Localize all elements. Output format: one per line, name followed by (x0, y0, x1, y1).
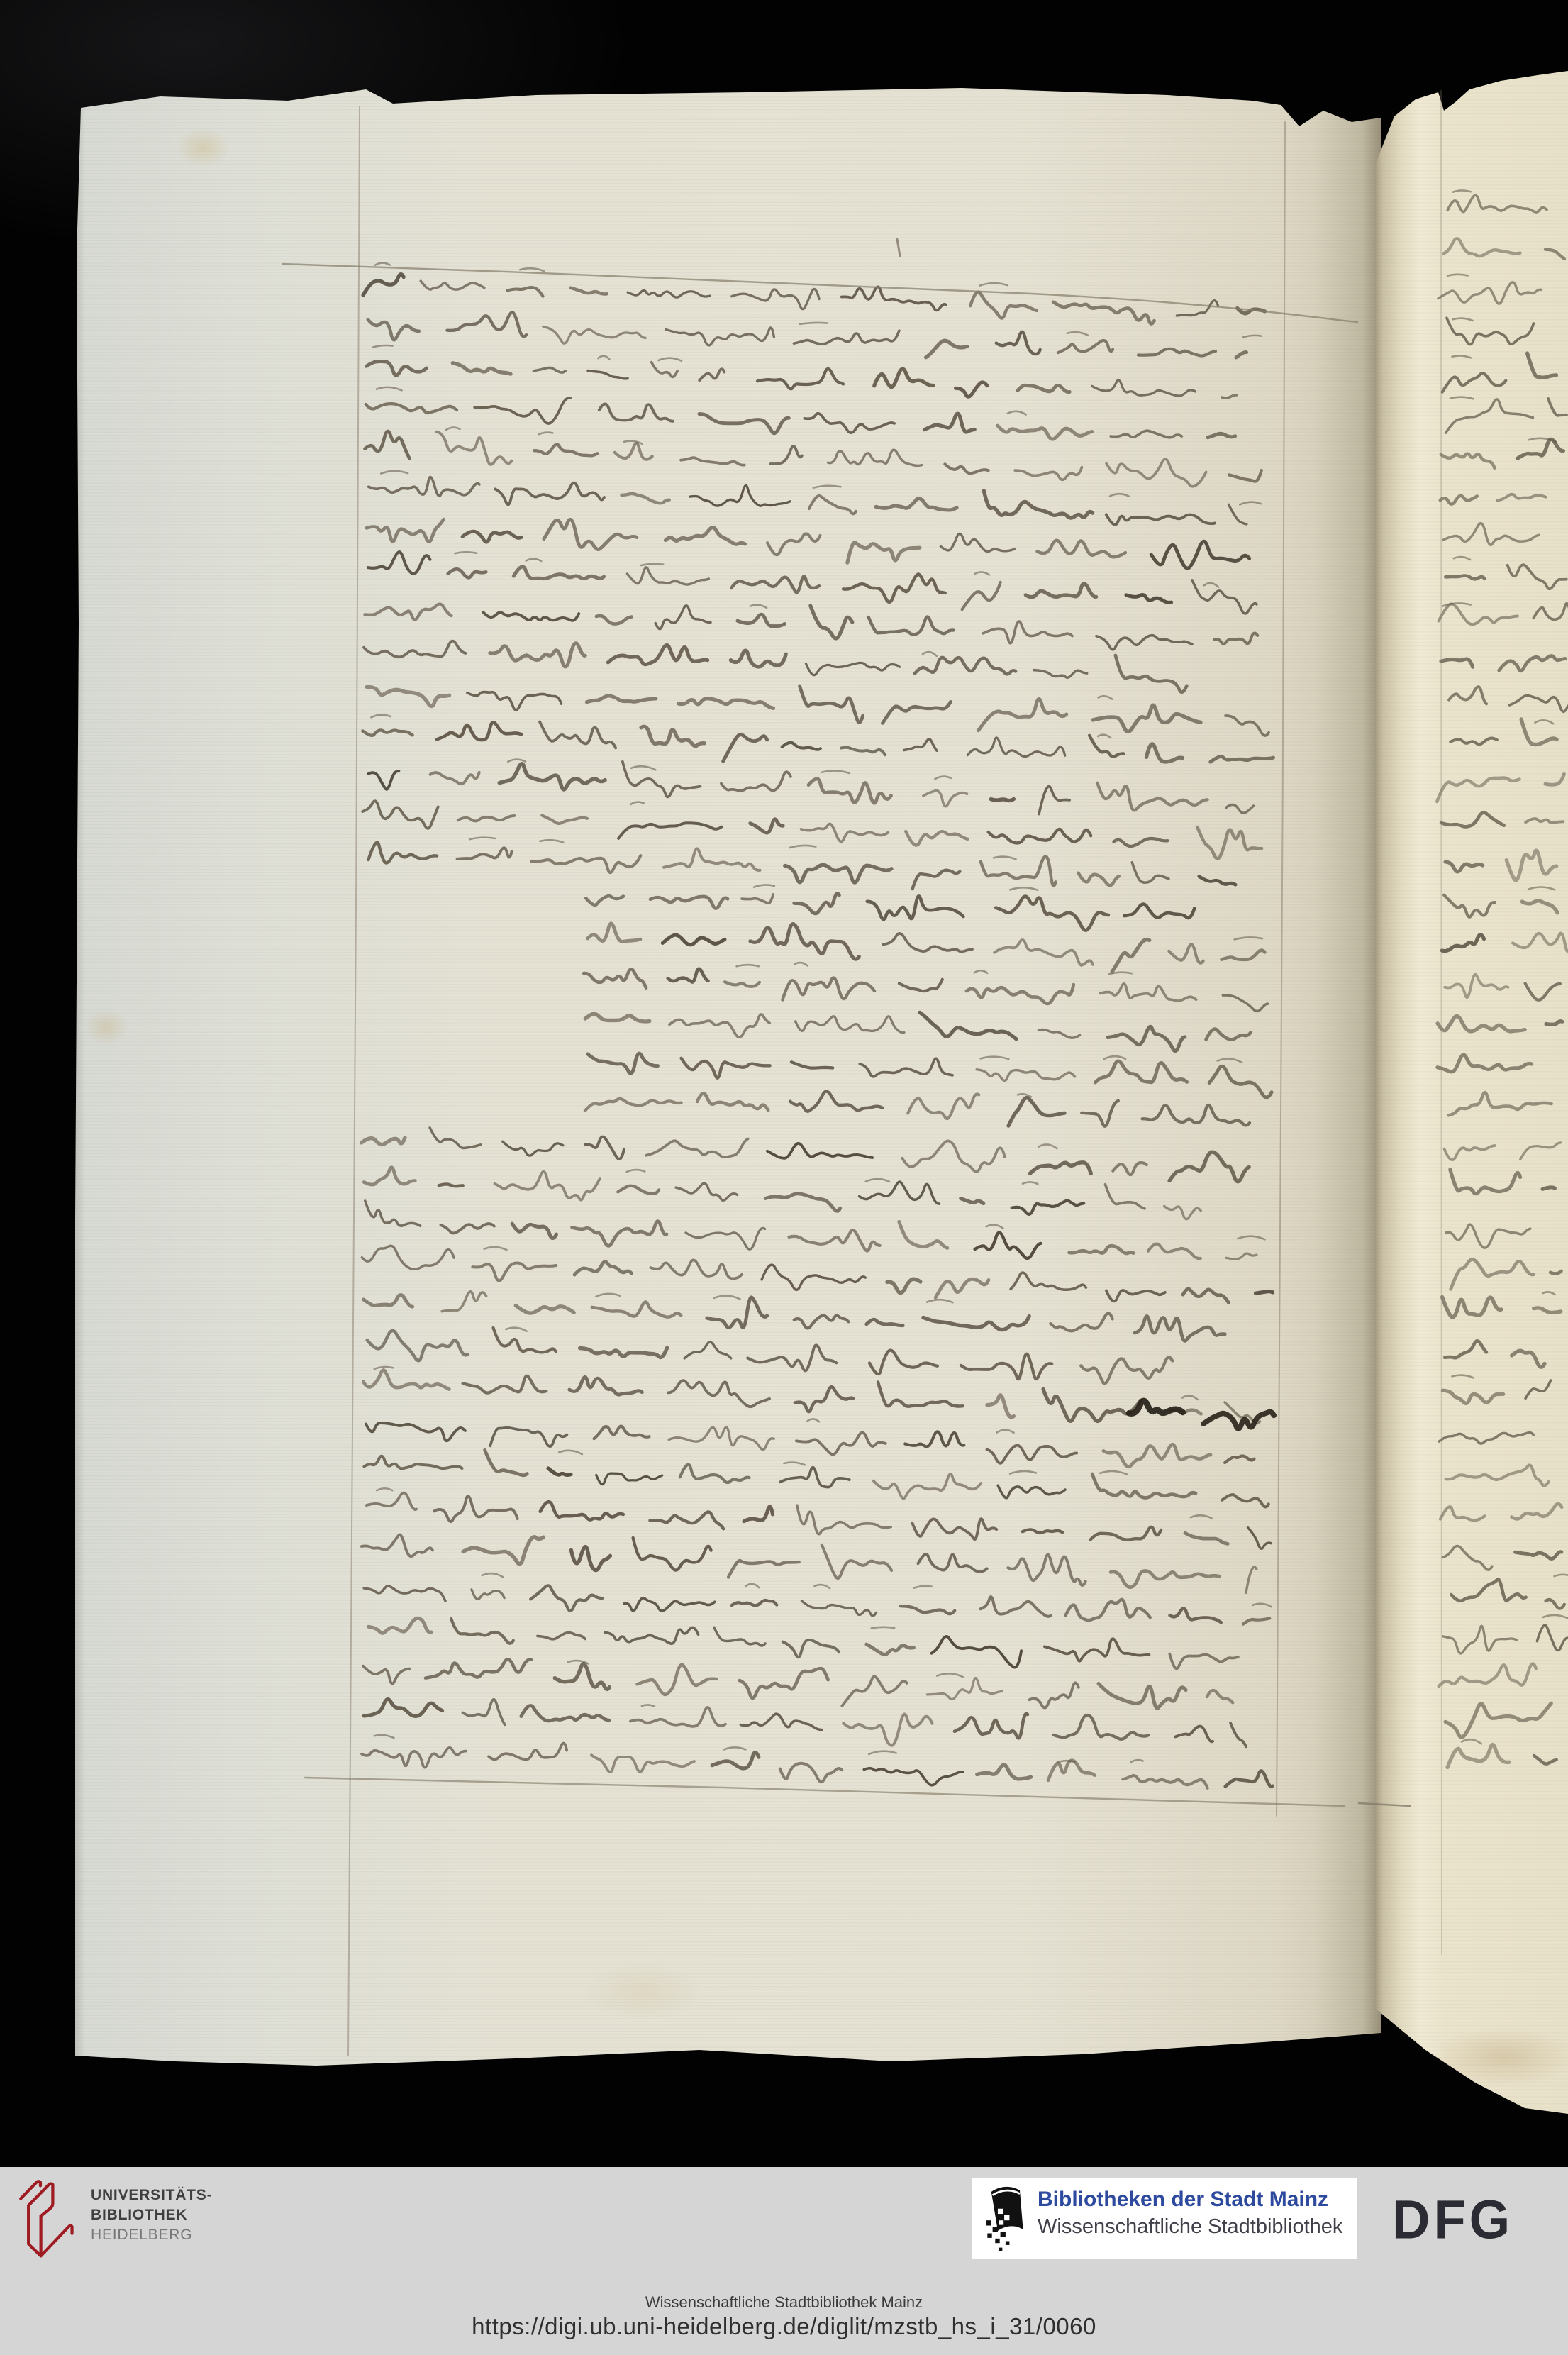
footer-bar: UNIVERSITÄTS- BIBLIOTHEK HEIDELBERG Bibl (0, 2167, 1568, 2355)
ub-line1: UNIVERSITÄTS- (91, 2185, 212, 2205)
mainz-book-icon (982, 2183, 1028, 2254)
mainz-subtitle: Wissenschaftliche Stadtbibliothek (1038, 2213, 1342, 2241)
footer-url: https://digi.ub.uni-heidelberg.de/diglit… (0, 2313, 1568, 2340)
ub-line2: BIBLIOTHEK (91, 2205, 212, 2225)
ub-line3: HEIDELBERG (91, 2225, 212, 2245)
mainz-title: Bibliotheken der Stadt Mainz (1038, 2185, 1342, 2213)
mainz-text: Bibliotheken der Stadt Mainz Wissenschaf… (1038, 2185, 1342, 2241)
photo-area (0, 0, 1568, 2167)
handwriting-layer (0, 0, 1568, 2167)
footer-caption: Wissenschaftliche Stadtbibliothek Mainz (0, 2293, 1568, 2312)
ub-heidelberg-text: UNIVERSITÄTS- BIBLIOTHEK HEIDELBERG (91, 2185, 212, 2245)
mainz-logo-box: Bibliotheken der Stadt Mainz Wissenschaf… (972, 2178, 1357, 2259)
ub-heidelberg-book-icon (17, 2176, 77, 2261)
dfg-logo: DFG (1392, 2188, 1513, 2251)
scan-viewer: UNIVERSITÄTS- BIBLIOTHEK HEIDELBERG Bibl (0, 0, 1568, 2355)
